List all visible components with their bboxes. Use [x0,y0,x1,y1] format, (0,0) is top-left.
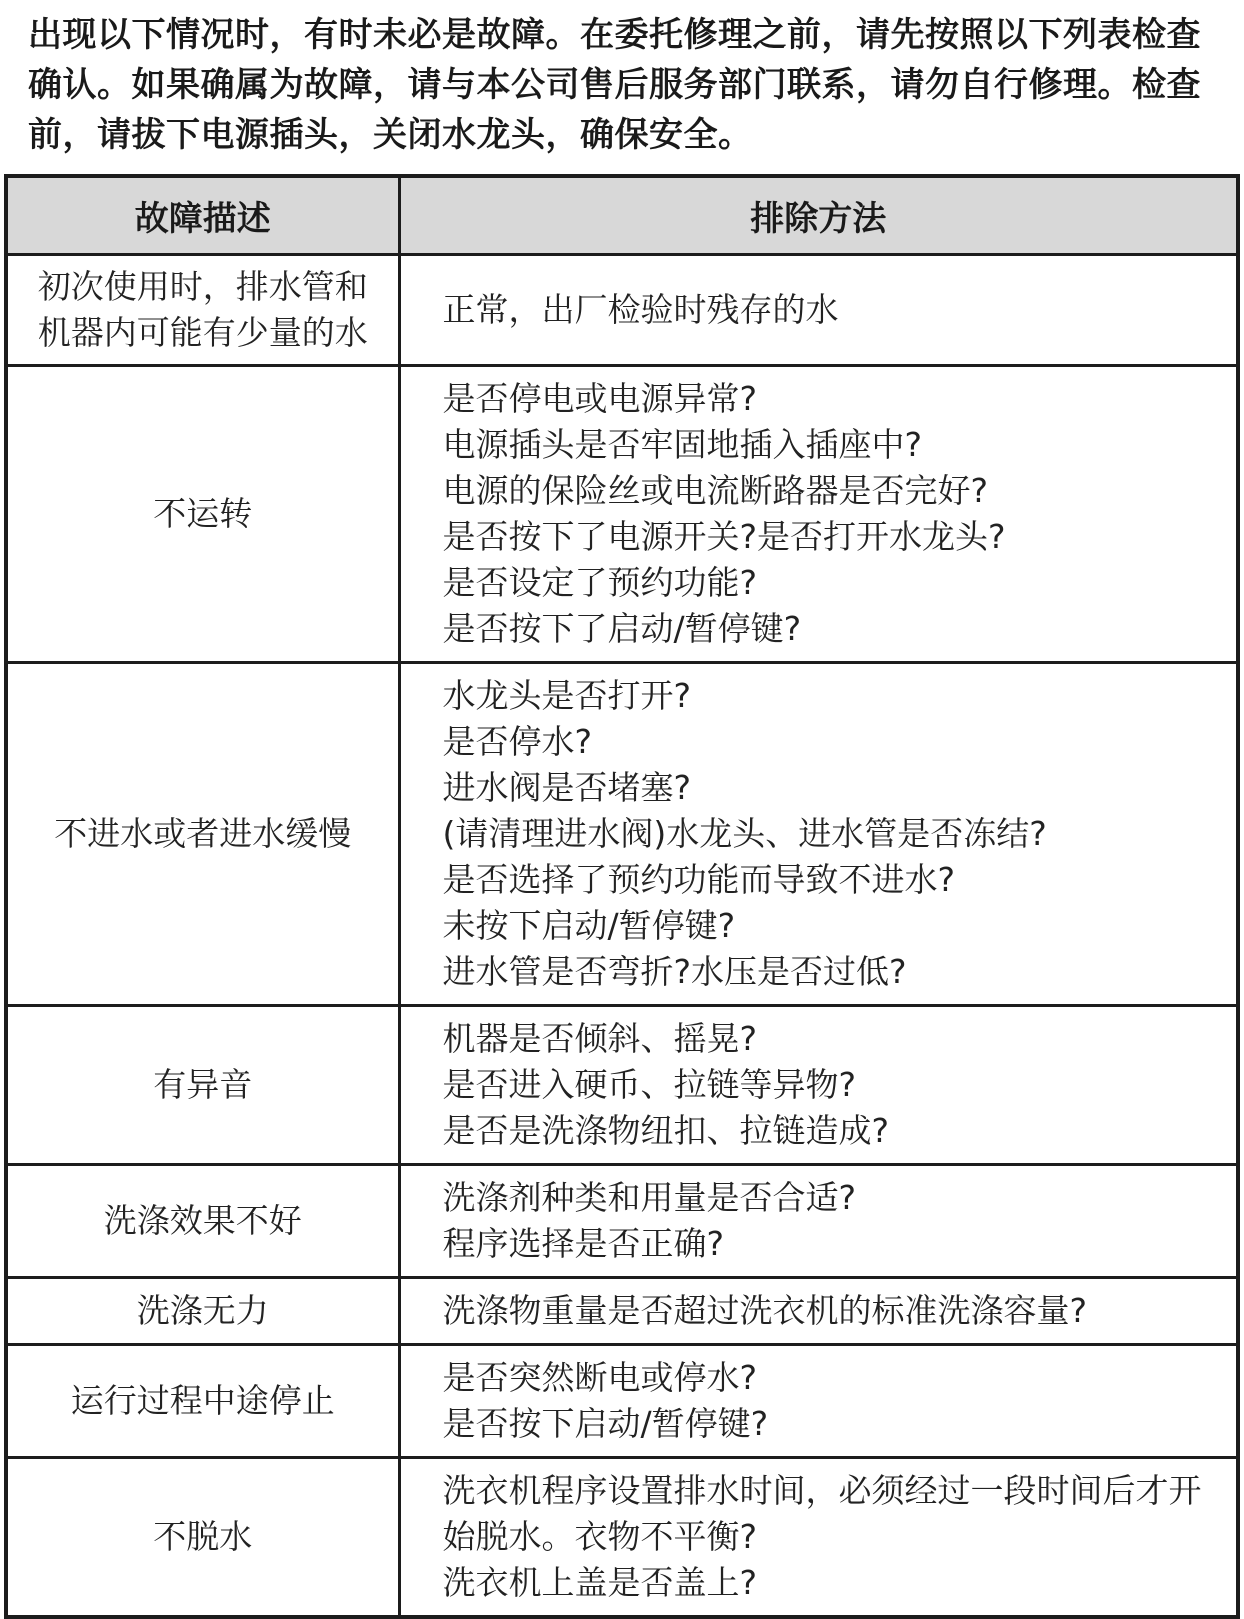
solution-cell: 是否停电或电源异常? 电源插头是否牢固地插入插座中? 电源的保险丝或电流断路器是… [399,365,1238,662]
troubleshooting-table: 故障描述 排除方法 初次使用时，排水管和机器内可能有少量的水 正常，出厂检验时残… [4,174,1240,1619]
solution-line: 是否是洗涤物纽扣、拉链造成? [443,1108,1219,1154]
solution-line: 是否按下了启动/暂停键? [443,606,1219,652]
solution-cell: 机器是否倾斜、摇晃? 是否进入硬币、拉链等异物? 是否是洗涤物纽扣、拉链造成? [399,1005,1238,1164]
table-row: 洗涤无力 洗涤物重量是否超过洗衣机的标准洗涤容量? [6,1277,1238,1344]
fault-cell: 初次使用时，排水管和机器内可能有少量的水 [6,254,399,365]
solution-line: 正常，出厂检验时残存的水 [443,287,1219,333]
solution-cell: 正常，出厂检验时残存的水 [399,254,1238,365]
table-row: 不运转 是否停电或电源异常? 电源插头是否牢固地插入插座中? 电源的保险丝或电流… [6,365,1238,662]
table-header-row: 故障描述 排除方法 [6,176,1238,254]
intro-paragraph: 出现以下情况时，有时未必是故障。在委托修理之前，请先按照以下列表检查确认。如果确… [0,6,1244,160]
solution-line: 是否按下启动/暂停键? [443,1401,1219,1447]
solution-line: 是否选择了预约功能而导致不进水? [443,857,1219,903]
solution-line: 是否进入硬币、拉链等异物? [443,1062,1219,1108]
solution-line: 水龙头是否打开? [443,673,1219,719]
table-row: 不进水或者进水缓慢 水龙头是否打开? 是否停水? 进水阀是否堵塞? (请清理进水… [6,662,1238,1005]
solution-cell: 洗衣机程序设置排水时间，必须经过一段时间后才开始脱水。衣物不平衡? 洗衣机上盖是… [399,1457,1238,1617]
solution-cell: 洗涤物重量是否超过洗衣机的标准洗涤容量? [399,1277,1238,1344]
solution-line: 进水阀是否堵塞? [443,765,1219,811]
fault-cell: 不运转 [6,365,399,662]
fault-cell: 洗涤效果不好 [6,1164,399,1277]
solution-line: 洗衣机上盖是否盖上? [443,1560,1219,1606]
solution-cell: 洗涤剂种类和用量是否合适? 程序选择是否正确? [399,1164,1238,1277]
fault-cell: 有异音 [6,1005,399,1164]
table-row: 有异音 机器是否倾斜、摇晃? 是否进入硬币、拉链等异物? 是否是洗涤物纽扣、拉链… [6,1005,1238,1164]
fault-cell: 不进水或者进水缓慢 [6,662,399,1005]
solution-line: 电源插头是否牢固地插入插座中? [443,422,1219,468]
table-row: 初次使用时，排水管和机器内可能有少量的水 正常，出厂检验时残存的水 [6,254,1238,365]
solution-cell: 是否突然断电或停水? 是否按下启动/暂停键? [399,1344,1238,1457]
solution-line: 是否按下了电源开关?是否打开水龙头? [443,514,1219,560]
solution-line: 是否突然断电或停水? [443,1355,1219,1401]
table-row: 运行过程中途停止 是否突然断电或停水? 是否按下启动/暂停键? [6,1344,1238,1457]
table-row: 洗涤效果不好 洗涤剂种类和用量是否合适? 程序选择是否正确? [6,1164,1238,1277]
solution-line: 洗涤剂种类和用量是否合适? [443,1175,1219,1221]
solution-line: 程序选择是否正确? [443,1221,1219,1267]
table-row: 不脱水 洗衣机程序设置排水时间，必须经过一段时间后才开始脱水。衣物不平衡? 洗衣… [6,1457,1238,1617]
fault-cell: 运行过程中途停止 [6,1344,399,1457]
solution-line: 洗衣机程序设置排水时间，必须经过一段时间后才开始脱水。衣物不平衡? [443,1468,1219,1560]
solution-line: 机器是否倾斜、摇晃? [443,1016,1219,1062]
solution-line: 洗涤物重量是否超过洗衣机的标准洗涤容量? [443,1288,1219,1334]
solution-line: 电源的保险丝或电流断路器是否完好? [443,468,1219,514]
solution-line: (请清理进水阀)水龙头、进水管是否冻结? [443,811,1219,857]
fault-cell: 不脱水 [6,1457,399,1617]
solution-line: 是否停水? [443,719,1219,765]
solution-line: 是否停电或电源异常? [443,376,1219,422]
solution-line: 未按下启动/暂停键? [443,903,1219,949]
manual-page: 出现以下情况时，有时未必是故障。在委托修理之前，请先按照以下列表检查确认。如果确… [0,0,1244,1619]
fault-cell: 洗涤无力 [6,1277,399,1344]
solution-line: 是否设定了预约功能? [443,560,1219,606]
solution-column-header: 排除方法 [399,176,1238,254]
fault-column-header: 故障描述 [6,176,399,254]
solution-line: 进水管是否弯折?水压是否过低? [443,949,1219,995]
solution-cell: 水龙头是否打开? 是否停水? 进水阀是否堵塞? (请清理进水阀)水龙头、进水管是… [399,662,1238,1005]
